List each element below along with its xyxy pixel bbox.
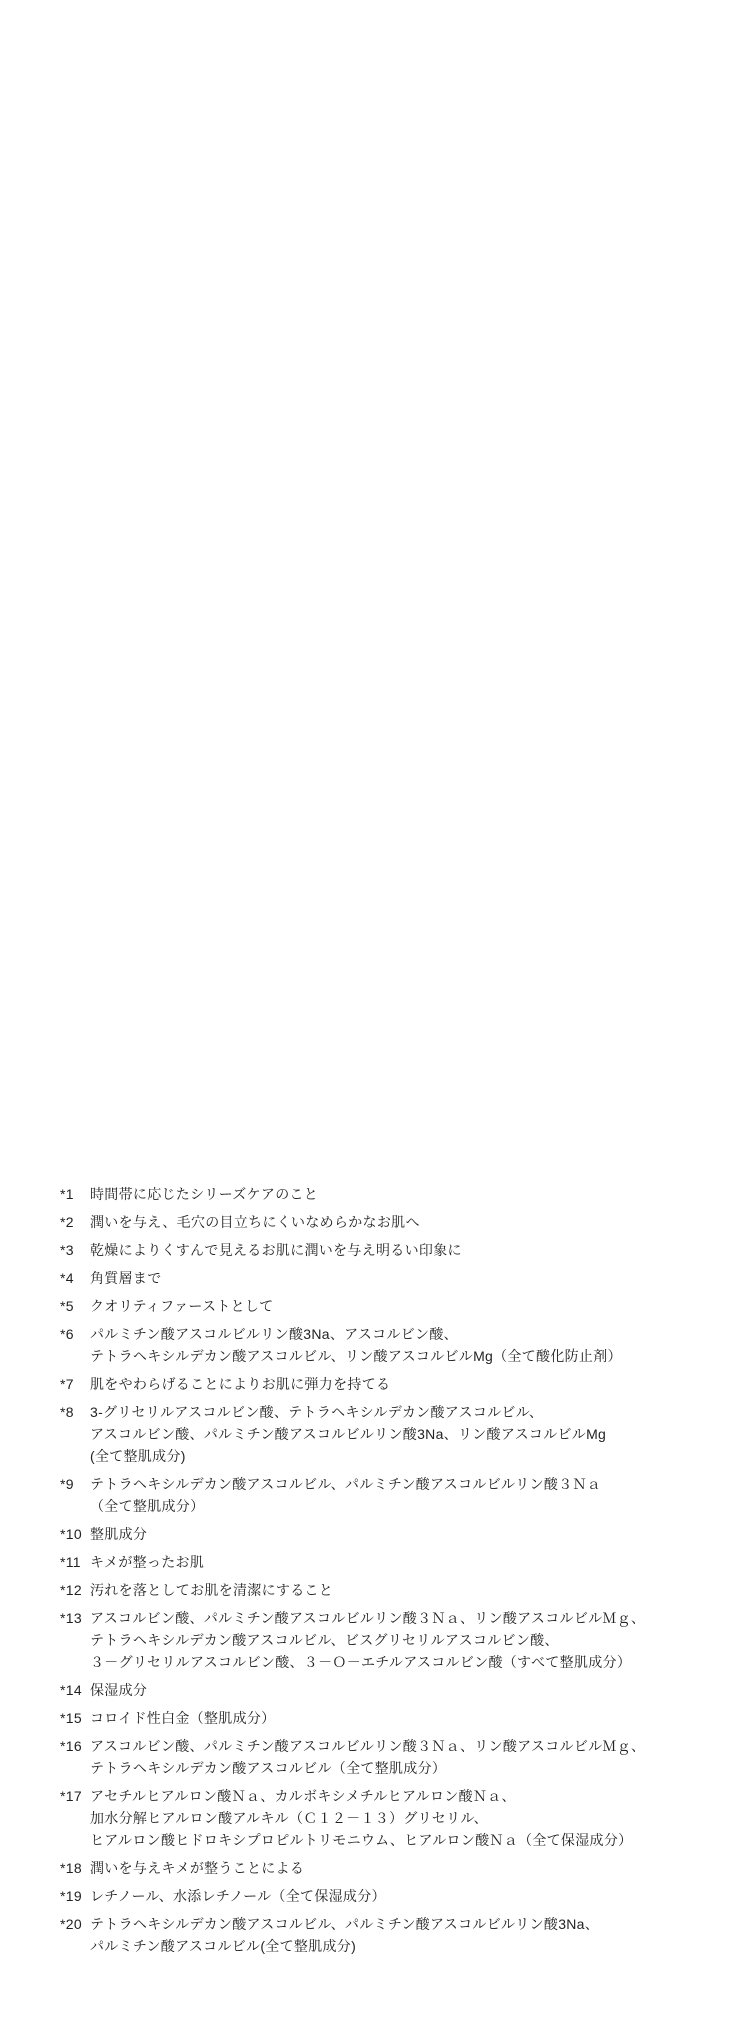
footnote-marker: *4 <box>60 1267 90 1289</box>
footnote-text: アスコルビン酸、パルミチン酸アスコルビルリン酸３Ｎａ、リン酸アスコルビルＭｇ、 … <box>90 1735 710 1779</box>
footnote-marker: *16 <box>60 1735 90 1757</box>
footnote-item: *12 汚れを落としてお肌を清潔にすること <box>60 1579 710 1601</box>
footnote-item: *4 角質層まで <box>60 1267 710 1289</box>
footnote-text: 潤いを与えキメが整うことによる <box>90 1857 710 1879</box>
footnote-text: 3-グリセリルアスコルビン酸、テトラヘキシルデカン酸アスコルビル、 アスコルビン… <box>90 1401 710 1467</box>
footnote-text: 保湿成分 <box>90 1679 710 1701</box>
footnote-item: *10 整肌成分 <box>60 1523 710 1545</box>
footnote-item: *18 潤いを与えキメが整うことによる <box>60 1857 710 1879</box>
footnote-marker: *13 <box>60 1607 90 1629</box>
footnote-marker: *20 <box>60 1913 90 1935</box>
footnote-marker: *10 <box>60 1523 90 1545</box>
footnote-marker: *5 <box>60 1295 90 1317</box>
footnote-marker: *18 <box>60 1857 90 1879</box>
footnote-list: *1 時間帯に応じたシリーズケアのこと *2 潤いを与え、毛穴の目立ちにくいなめ… <box>60 1183 710 1963</box>
footnote-text: コロイド性白金（整肌成分） <box>90 1707 710 1729</box>
footnote-text: アスコルビン酸、パルミチン酸アスコルビルリン酸３Ｎａ、リン酸アスコルビルＭｇ、 … <box>90 1607 710 1673</box>
footnote-marker: *2 <box>60 1211 90 1233</box>
footnote-marker: *11 <box>60 1551 90 1573</box>
footnote-text: アセチルヒアルロン酸Ｎａ、カルボキシメチルヒアルロン酸Ｎａ、 加水分解ヒアルロン… <box>90 1785 710 1851</box>
footnote-item: *17 アセチルヒアルロン酸Ｎａ、カルボキシメチルヒアルロン酸Ｎａ、 加水分解ヒ… <box>60 1785 710 1851</box>
footnote-item: *11 キメが整ったお肌 <box>60 1551 710 1573</box>
footnote-marker: *17 <box>60 1785 90 1807</box>
footnote-text: キメが整ったお肌 <box>90 1551 710 1573</box>
footnote-item: *8 3-グリセリルアスコルビン酸、テトラヘキシルデカン酸アスコルビル、 アスコ… <box>60 1401 710 1467</box>
footnote-item: *9 テトラヘキシルデカン酸アスコルビル、パルミチン酸アスコルビルリン酸３Ｎａ … <box>60 1473 710 1517</box>
footnote-marker: *12 <box>60 1579 90 1601</box>
footnote-item: *7 肌をやわらげることによりお肌に弾力を持てる <box>60 1373 710 1395</box>
footnote-text: 汚れを落としてお肌を清潔にすること <box>90 1579 710 1601</box>
footnote-text: テトラヘキシルデカン酸アスコルビル、パルミチン酸アスコルビルリン酸3Na、 パル… <box>90 1913 710 1957</box>
footnote-marker: *6 <box>60 1323 90 1345</box>
footnote-marker: *9 <box>60 1473 90 1495</box>
footnote-item: *5 クオリティファーストとして <box>60 1295 710 1317</box>
footnote-item: *14 保湿成分 <box>60 1679 710 1701</box>
footnote-item: *15 コロイド性白金（整肌成分） <box>60 1707 710 1729</box>
footnote-item: *3 乾燥によりくすんで見えるお肌に潤いを与え明るい印象に <box>60 1239 710 1261</box>
footnote-text: 肌をやわらげることによりお肌に弾力を持てる <box>90 1373 710 1395</box>
footnote-text: レチノール、水添レチノール（全て保湿成分） <box>90 1885 710 1907</box>
footnote-text: 整肌成分 <box>90 1523 710 1545</box>
footnote-item: *16 アスコルビン酸、パルミチン酸アスコルビルリン酸３Ｎａ、リン酸アスコルビル… <box>60 1735 710 1779</box>
footnote-item: *13 アスコルビン酸、パルミチン酸アスコルビルリン酸３Ｎａ、リン酸アスコルビル… <box>60 1607 710 1673</box>
footnote-text: 角質層まで <box>90 1267 710 1289</box>
footnote-item: *20 テトラヘキシルデカン酸アスコルビル、パルミチン酸アスコルビルリン酸3Na… <box>60 1913 710 1957</box>
footnote-item: *19 レチノール、水添レチノール（全て保湿成分） <box>60 1885 710 1907</box>
footnote-item: *1 時間帯に応じたシリーズケアのこと <box>60 1183 710 1205</box>
footnote-item: *6 パルミチン酸アスコルビルリン酸3Na、アスコルビン酸、 テトラヘキシルデカ… <box>60 1323 710 1367</box>
footnote-marker: *3 <box>60 1239 90 1261</box>
footnote-text: 時間帯に応じたシリーズケアのこと <box>90 1183 710 1205</box>
footnote-text: テトラヘキシルデカン酸アスコルビル、パルミチン酸アスコルビルリン酸３Ｎａ （全て… <box>90 1473 710 1517</box>
footnote-marker: *19 <box>60 1885 90 1907</box>
footnote-marker: *8 <box>60 1401 90 1423</box>
footnote-text: パルミチン酸アスコルビルリン酸3Na、アスコルビン酸、 テトラヘキシルデカン酸ア… <box>90 1323 710 1367</box>
footnote-item: *2 潤いを与え、毛穴の目立ちにくいなめらかなお肌へ <box>60 1211 710 1233</box>
footnote-marker: *1 <box>60 1183 90 1205</box>
footnote-marker: *15 <box>60 1707 90 1729</box>
footnote-text: 乾燥によりくすんで見えるお肌に潤いを与え明るい印象に <box>90 1239 710 1261</box>
footnote-text: 潤いを与え、毛穴の目立ちにくいなめらかなお肌へ <box>90 1211 710 1233</box>
footnote-text: クオリティファーストとして <box>90 1295 710 1317</box>
footnote-marker: *7 <box>60 1373 90 1395</box>
footnote-marker: *14 <box>60 1679 90 1701</box>
